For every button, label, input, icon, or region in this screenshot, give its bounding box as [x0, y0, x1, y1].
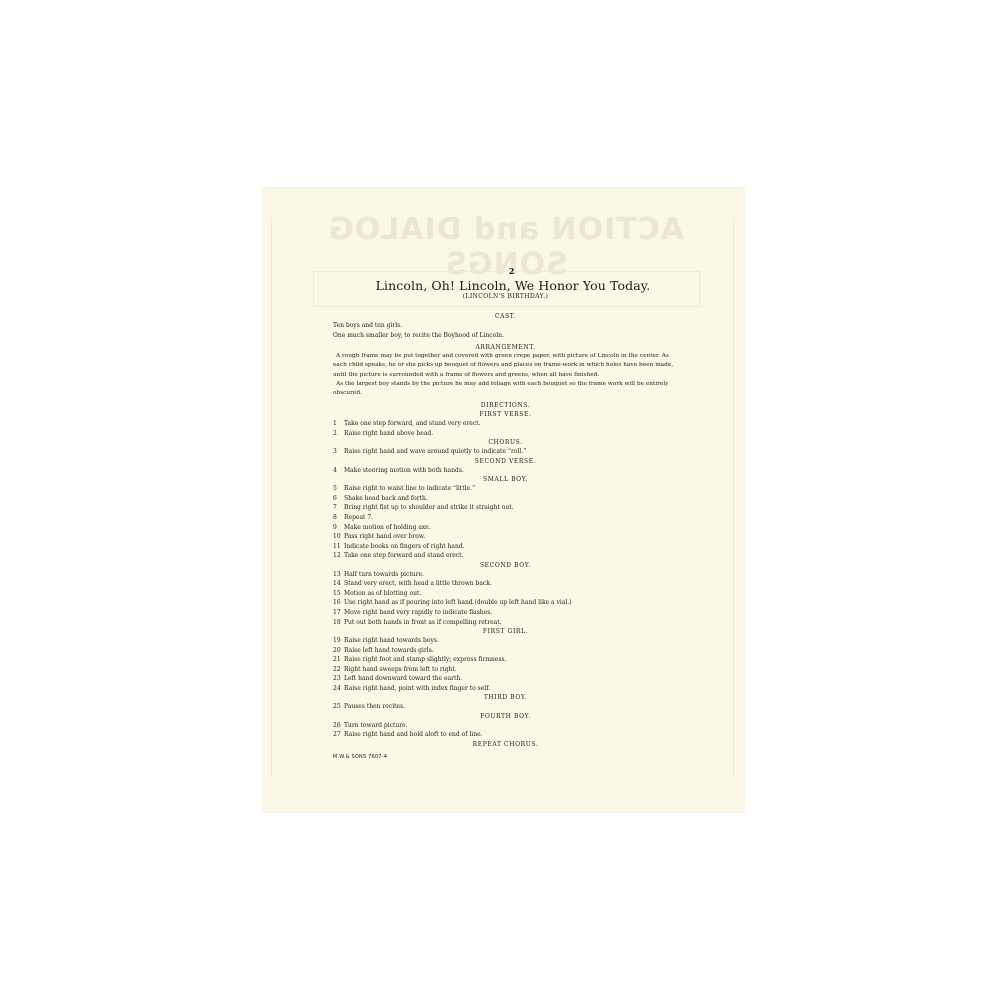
- cast-list: Ten boys and ten girls.One much smaller …: [333, 321, 678, 340]
- arrangement-paragraph: As the largest boy stands by the picture…: [333, 380, 678, 398]
- song-title: Lincoln, Oh! Lincoln, We Honor You Today…: [328, 278, 698, 293]
- direction-number: 23: [333, 674, 344, 684]
- sheet-music-page: ACTION and DIALOG SONGS Suitable for all…: [263, 188, 744, 812]
- direction-item: 2Raise right hand above head.: [333, 429, 678, 439]
- direction-number: 15: [333, 589, 344, 599]
- direction-text: Make steering motion with both hands.: [344, 466, 464, 476]
- direction-number: 12: [333, 551, 344, 561]
- direction-item: 11Indicate books on fingers of right han…: [333, 542, 678, 552]
- direction-item: 21Raise right foot and stamp slightly; e…: [333, 655, 678, 665]
- direction-item: 7Bring right fist up to shoulder and str…: [333, 503, 678, 513]
- direction-text: Half turn towards picture.: [344, 570, 424, 580]
- direction-item: 25Pauses then recites.: [333, 702, 678, 712]
- direction-item: 27Raise right hand and hold aloft to end…: [333, 730, 678, 740]
- direction-item: 23Left hand downward toward the earth.: [333, 674, 678, 684]
- direction-number: 27: [333, 730, 344, 740]
- direction-number: 21: [333, 655, 344, 665]
- page-number: 2: [345, 266, 678, 276]
- direction-section-heading: SECOND VERSE.: [333, 457, 678, 466]
- direction-text: Raise right hand towards boys.: [344, 636, 439, 646]
- direction-number: 18: [333, 618, 344, 628]
- directions-list: FIRST VERSE.1Take one step forward, and …: [333, 410, 678, 740]
- cast-heading: CAST.: [333, 312, 678, 321]
- direction-section-heading: THIRD BOY.: [333, 693, 678, 702]
- direction-text: Move right hand very rapidly to indicate…: [344, 608, 492, 618]
- direction-text: Raise right hand and hold aloft to end o…: [344, 730, 483, 740]
- direction-text: Right hand sweeps from left to right.: [344, 665, 457, 675]
- direction-item: 24Raise right hand, point with index fin…: [333, 684, 678, 694]
- publisher-plate-number: M.W.& SONS 7607-4: [333, 754, 678, 760]
- direction-number: 2: [333, 429, 344, 439]
- direction-item: 6Shake head back and forth.: [333, 494, 678, 504]
- direction-number: 5: [333, 484, 344, 494]
- direction-number: 25: [333, 702, 344, 712]
- bleed-through-border-right: [733, 218, 734, 778]
- direction-item: 19Raise right hand towards boys.: [333, 636, 678, 646]
- directions-heading: DIRECTIONS.: [333, 401, 678, 410]
- direction-item: 3Raise right hand and wave around quietl…: [333, 447, 678, 457]
- direction-text: Shake head back and forth.: [344, 494, 428, 504]
- direction-section-heading: SMALL BOY.: [333, 475, 678, 484]
- direction-item: 13Half turn towards picture.: [333, 570, 678, 580]
- cast-line: One much smaller boy, to recite the Boyh…: [333, 331, 678, 341]
- direction-section-heading: FIRST GIRL.: [333, 627, 678, 636]
- direction-text: Motion as of blotting out.: [344, 589, 421, 599]
- direction-number: 3: [333, 447, 344, 457]
- arrangement-heading: ARRANGEMENT.: [333, 343, 678, 352]
- direction-number: 4: [333, 466, 344, 476]
- direction-number: 26: [333, 721, 344, 731]
- direction-number: 9: [333, 523, 344, 533]
- direction-item: 18Put out both hands in front as if comp…: [333, 618, 678, 628]
- direction-item: 15Motion as of blotting out.: [333, 589, 678, 599]
- direction-number: 11: [333, 542, 344, 552]
- direction-text: Raise right hand and wave around quietly…: [344, 447, 526, 457]
- direction-item: 14Stand very erect, with head a little t…: [333, 579, 678, 589]
- direction-item: 10Pass right hand over brow.: [333, 532, 678, 542]
- arrangement-paragraph: A rough frame may be put together and co…: [333, 352, 678, 380]
- direction-text: Use right hand as if pouring into left h…: [344, 598, 572, 608]
- direction-text: Repeat 7.: [344, 513, 373, 523]
- direction-number: 8: [333, 513, 344, 523]
- direction-number: 24: [333, 684, 344, 694]
- direction-number: 14: [333, 579, 344, 589]
- direction-item: 8Repeat 7.: [333, 513, 678, 523]
- direction-item: 17Move right hand very rapidly to indica…: [333, 608, 678, 618]
- direction-text: Pauses then recites.: [344, 702, 405, 712]
- direction-number: 13: [333, 570, 344, 580]
- direction-number: 7: [333, 503, 344, 513]
- bleed-through-border-left: [271, 218, 272, 778]
- direction-item: 5Raise right to waist line to indicate “…: [333, 484, 678, 494]
- cast-line: Ten boys and ten girls.: [333, 321, 678, 331]
- direction-text: Raise left hand towards girls.: [344, 646, 434, 656]
- direction-text: Stand very erect, with head a little thr…: [344, 579, 492, 589]
- direction-text: Raise right to waist line to indicate “l…: [344, 484, 475, 494]
- direction-item: 26Turn toward picture.: [333, 721, 678, 731]
- repeat-chorus: REPEAT CHORUS.: [333, 740, 678, 749]
- direction-item: 12Take one step forward and stand erect.: [333, 551, 678, 561]
- direction-text: Pass right hand over brow.: [344, 532, 425, 542]
- direction-text: Bring right fist up to shoulder and stri…: [344, 503, 514, 513]
- arrangement-text: A rough frame may be put together and co…: [333, 352, 678, 398]
- direction-number: 6: [333, 494, 344, 504]
- direction-text: Indicate books on fingers of right hand.: [344, 542, 465, 552]
- direction-number: 1: [333, 419, 344, 429]
- direction-item: 9Make motion of holding axe.: [333, 523, 678, 533]
- direction-text: Turn toward picture.: [344, 721, 408, 731]
- song-subtitle: (LINCOLN'S BIRTHDAY.): [333, 293, 678, 300]
- direction-number: 16: [333, 598, 344, 608]
- direction-section-heading: FIRST VERSE.: [333, 410, 678, 419]
- direction-item: 20Raise left hand towards girls.: [333, 646, 678, 656]
- direction-text: Take one step forward and stand erect.: [344, 551, 463, 561]
- direction-item: 16Use right hand as if pouring into left…: [333, 598, 678, 608]
- page-content: 2 Lincoln, Oh! Lincoln, We Honor You Tod…: [333, 266, 678, 760]
- direction-section-heading: CHORUS.: [333, 438, 678, 447]
- direction-section-heading: FOURTH BOY.: [333, 712, 678, 721]
- direction-text: Put out both hands in front as if compel…: [344, 618, 502, 628]
- direction-number: 17: [333, 608, 344, 618]
- direction-text: Left hand downward toward the earth.: [344, 674, 462, 684]
- direction-text: Make motion of holding axe.: [344, 523, 431, 533]
- direction-text: Take one step forward, and stand very er…: [344, 419, 481, 429]
- direction-number: 10: [333, 532, 344, 542]
- direction-section-heading: SECOND BOY.: [333, 561, 678, 570]
- direction-text: Raise right hand above head.: [344, 429, 433, 439]
- direction-item: 4Make steering motion with both hands.: [333, 466, 678, 476]
- direction-text: Raise right hand, point with index finge…: [344, 684, 490, 694]
- direction-number: 20: [333, 646, 344, 656]
- direction-item: 22Right hand sweeps from left to right.: [333, 665, 678, 675]
- direction-number: 19: [333, 636, 344, 646]
- direction-text: Raise right foot and stamp slightly; exp…: [344, 655, 507, 665]
- direction-number: 22: [333, 665, 344, 675]
- direction-item: 1Take one step forward, and stand very e…: [333, 419, 678, 429]
